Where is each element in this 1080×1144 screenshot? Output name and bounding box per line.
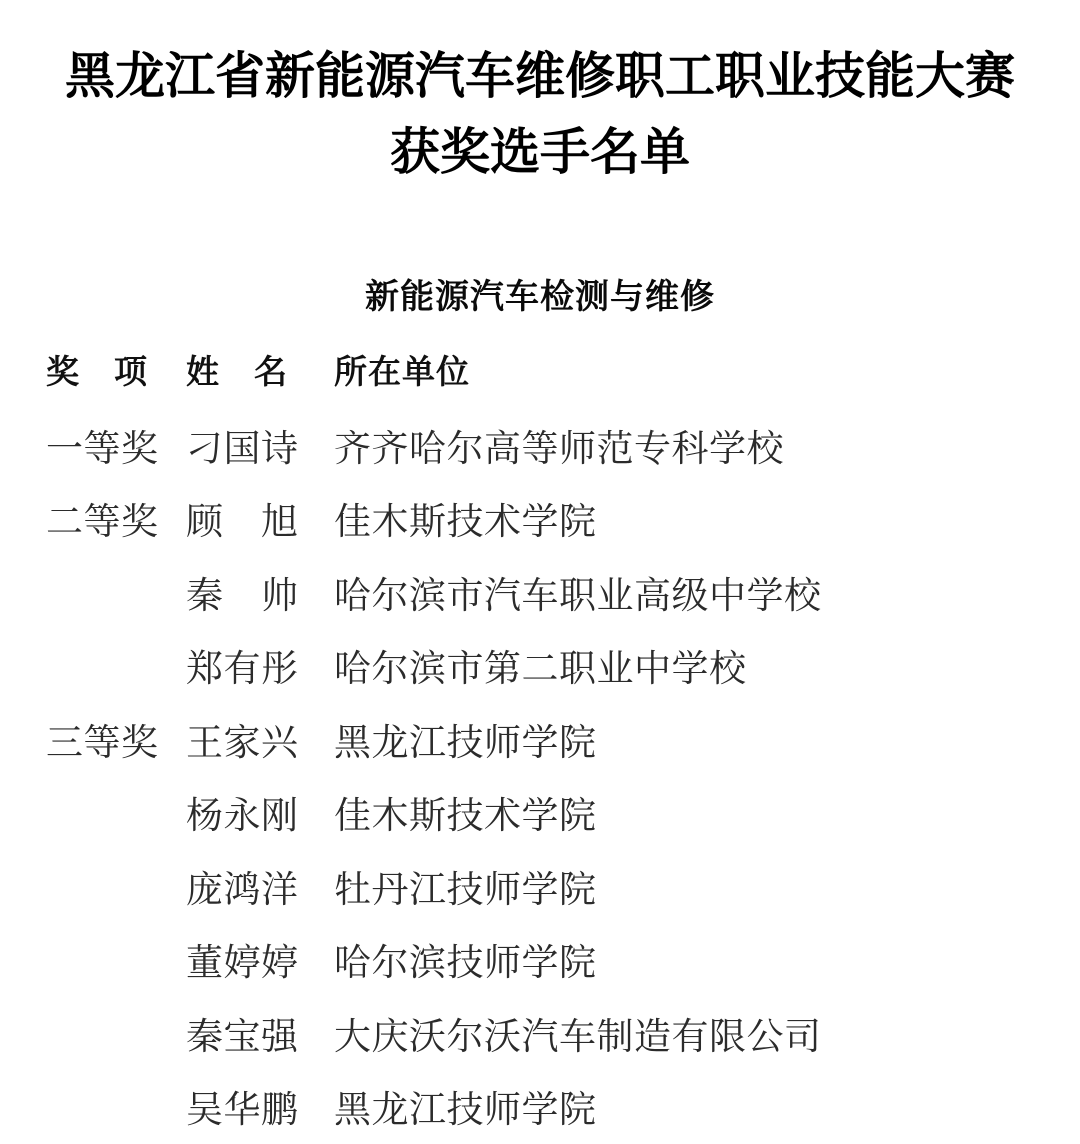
name-cell: 刁国诗: [186, 418, 334, 472]
unit-cell: 黑龙江技师学院: [334, 1079, 1080, 1133]
unit-cell: 齐齐哈尔高等师范专科学校: [334, 418, 1080, 472]
name-cell: 庞鸿洋: [186, 859, 334, 913]
unit-cell: 大庆沃尔沃汽车制造有限公司: [334, 1006, 1080, 1060]
name-cell: 顾 旭: [186, 491, 334, 545]
awards-table: 奖 项 姓 名 所在单位 一等奖 刁国诗 齐齐哈尔高等师范专科学校 二等奖 顾 …: [0, 330, 1080, 1143]
header-unit-column: 所在单位: [334, 346, 1080, 393]
unit-cell: 佳木斯技术学院: [334, 491, 1080, 545]
table-row: 秦 帅 哈尔滨市汽车职业高级中学校: [0, 555, 1080, 629]
table-row: 三等奖 王家兴 黑龙江技师学院: [0, 702, 1080, 776]
document-title-line2: 获奖选手名单: [0, 114, 1080, 190]
name-cell: 吴华鹏: [186, 1079, 334, 1133]
table-row: 二等奖 顾 旭 佳木斯技术学院: [0, 482, 1080, 556]
unit-cell: 哈尔滨技师学院: [334, 932, 1080, 986]
name-cell: 杨永刚: [186, 785, 334, 839]
unit-cell: 佳木斯技术学院: [334, 785, 1080, 839]
table-header-row: 奖 项 姓 名 所在单位: [0, 330, 1080, 408]
name-cell: 王家兴: [186, 712, 334, 766]
award-cell: 二等奖: [46, 491, 186, 545]
name-cell: 郑有彤: [186, 638, 334, 692]
name-cell: 董婷婷: [186, 932, 334, 986]
table-row: 一等奖 刁国诗 齐齐哈尔高等师范专科学校: [0, 408, 1080, 482]
header-award-column: 奖 项: [46, 346, 186, 393]
table-row: 董婷婷 哈尔滨技师学院: [0, 923, 1080, 997]
document-title-line1: 黑龙江省新能源汽车维修职工职业技能大赛: [0, 38, 1080, 114]
table-row: 秦宝强 大庆沃尔沃汽车制造有限公司: [0, 996, 1080, 1070]
name-cell: 秦 帅: [186, 565, 334, 619]
award-cell: 一等奖: [46, 418, 186, 472]
unit-cell: 哈尔滨市第二职业中学校: [334, 638, 1080, 692]
name-cell: 秦宝强: [186, 1006, 334, 1060]
document-page: 黑龙江省新能源汽车维修职工职业技能大赛 获奖选手名单 新能源汽车检测与维修 奖 …: [0, 0, 1080, 1144]
table-row: 郑有彤 哈尔滨市第二职业中学校: [0, 629, 1080, 703]
header-name-column: 姓 名: [186, 346, 334, 393]
table-row: 庞鸿洋 牡丹江技师学院: [0, 849, 1080, 923]
award-cell: 三等奖: [46, 712, 186, 766]
section-heading: 新能源汽车检测与维修: [0, 278, 1080, 318]
unit-cell: 哈尔滨市汽车职业高级中学校: [334, 565, 1080, 619]
document-title: 黑龙江省新能源汽车维修职工职业技能大赛 获奖选手名单: [0, 0, 1080, 190]
table-row: 吴华鹏 黑龙江技师学院: [0, 1070, 1080, 1144]
table-row: 杨永刚 佳木斯技术学院: [0, 776, 1080, 850]
unit-cell: 牡丹江技师学院: [334, 859, 1080, 913]
unit-cell: 黑龙江技师学院: [334, 712, 1080, 766]
